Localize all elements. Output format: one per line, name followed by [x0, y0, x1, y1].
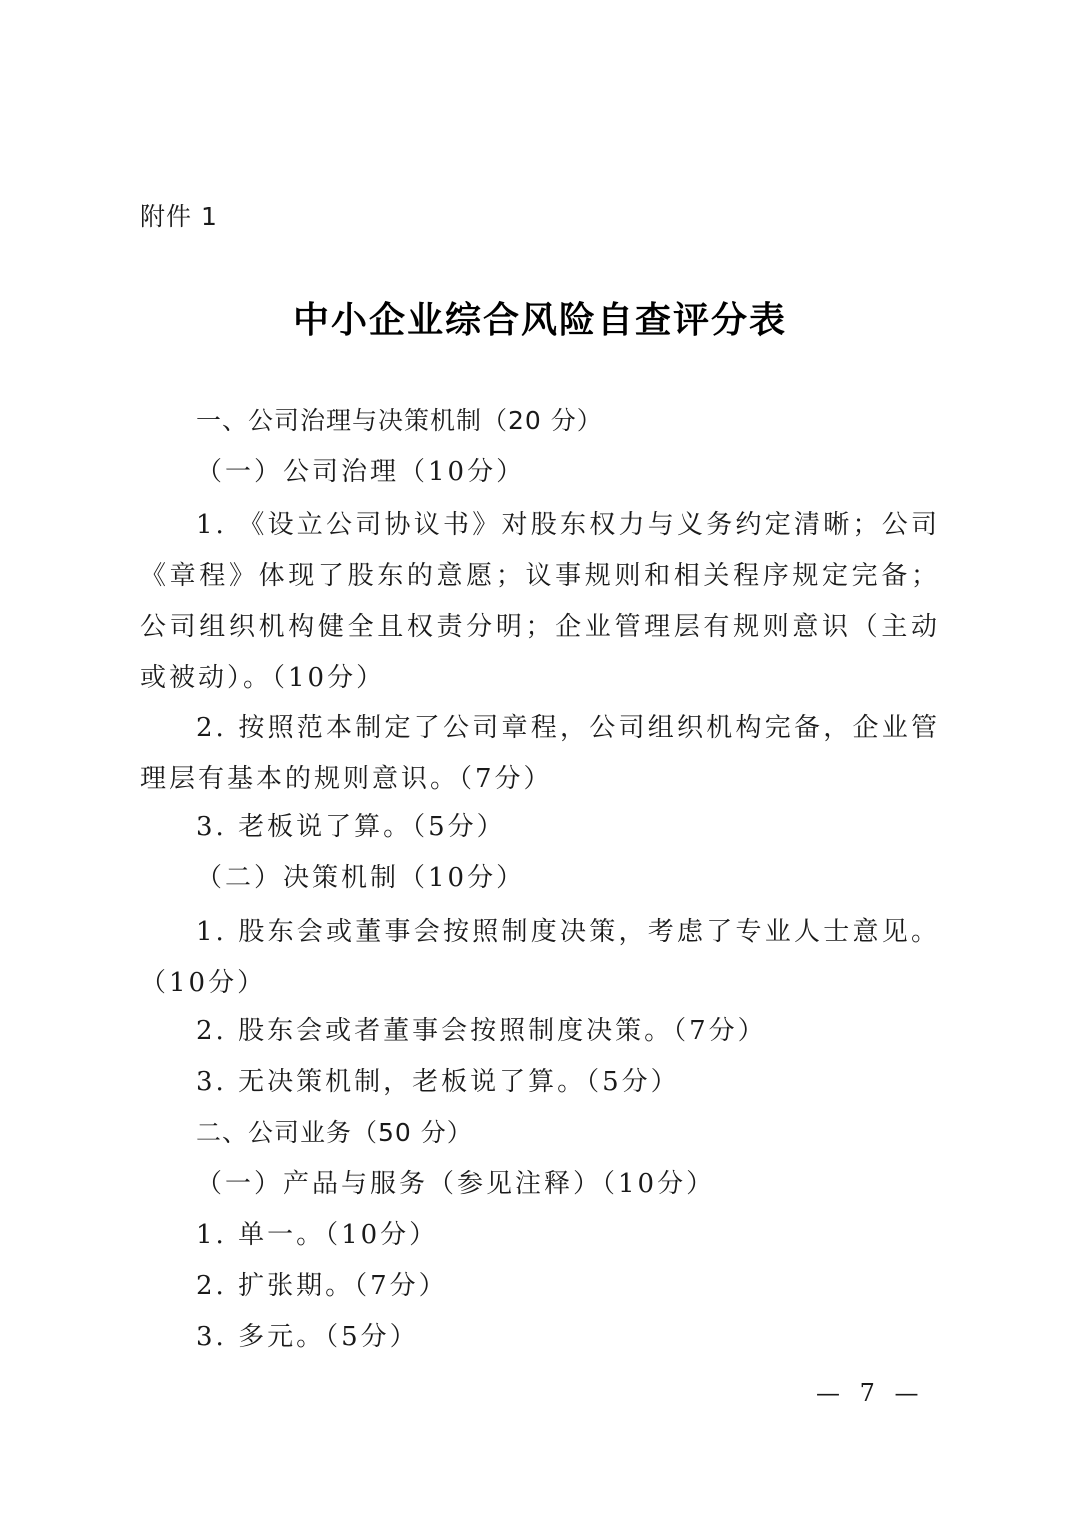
document-title: 中小企业综合风险自查评分表 [0, 298, 1080, 342]
list-item-governance-1: 1. 《设立公司协议书》对股东权力与义务约定清晰；公司《章程》体现了股东的意愿；… [140, 500, 940, 704]
subsection-heading-corporate-governance: （一）公司治理（10分） [196, 455, 525, 489]
list-item-governance-2: 2. 按照范本制定了公司章程，公司组织机构完备，企业管理层有基本的规则意识。（7… [140, 703, 940, 805]
section-heading-governance: 一、公司治理与决策机制（20 分） [196, 404, 603, 438]
list-item-decision-3: 3. 无决策机制，老板说了算。（5分） [196, 1065, 680, 1099]
list-item-decision-2: 2. 股东会或者董事会按照制度决策。（7分） [196, 1014, 767, 1048]
section-heading-business: 二、公司业务（50 分） [196, 1116, 473, 1150]
list-item-products-2: 2. 扩张期。（7分） [196, 1269, 448, 1303]
list-item-governance-3: 3. 老板说了算。（5分） [196, 810, 506, 844]
page-number: — 7 — [816, 1376, 925, 1410]
subsection-heading-decision-mechanism: （二）决策机制（10分） [196, 861, 525, 895]
attachment-label: 附件 1 [140, 200, 218, 234]
document-page: 附件 1 中小企业综合风险自查评分表 一、公司治理与决策机制（20 分） （一）… [0, 0, 1080, 1527]
subsection-heading-products-services: （一）产品与服务（参见注释）（10分） [196, 1167, 715, 1201]
list-item-products-1: 1. 单一。（10分） [196, 1218, 438, 1252]
list-item-decision-1: 1. 股东会或董事会按照制度决策，考虑了专业人士意见。（10分） [140, 907, 940, 1009]
list-item-products-3: 3. 多元。（5分） [196, 1320, 419, 1354]
